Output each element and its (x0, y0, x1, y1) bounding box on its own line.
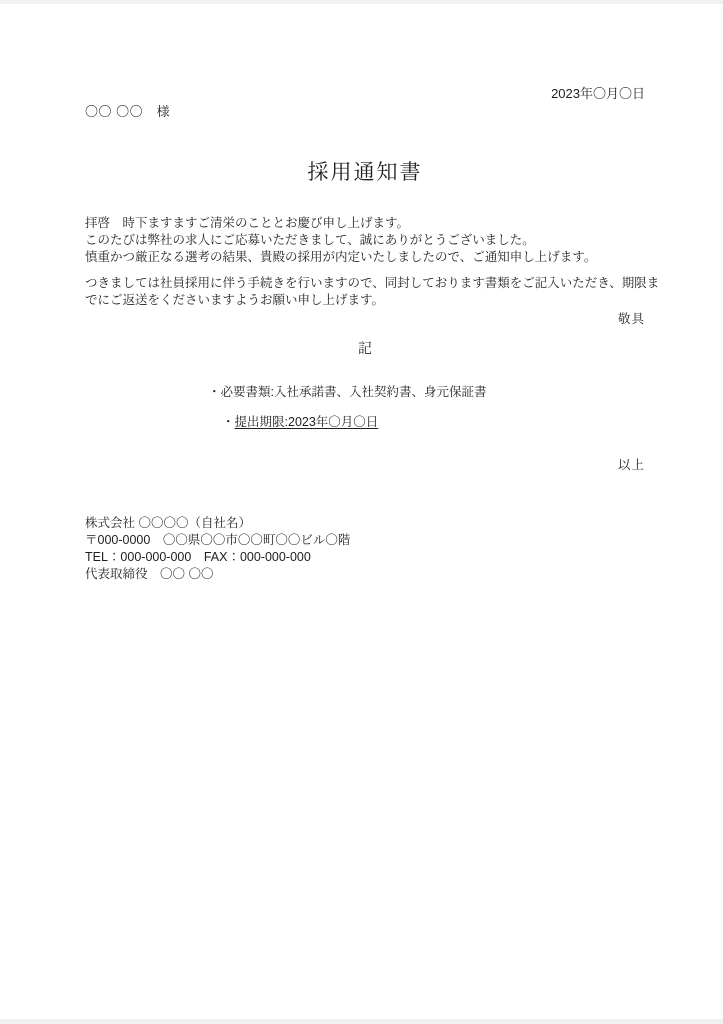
closing-word: 敬具 (85, 311, 645, 328)
submission-deadline-item: ・提出期限:2023年〇月〇日 (85, 414, 645, 431)
document-title: 採用通知書 (85, 160, 645, 186)
company-address: 〒000-0000 〇〇県〇〇市〇〇町〇〇ビル〇階 (85, 532, 645, 549)
notice-items: ・必要書類:入社承諾書、入社契約書、身元保証書 ・提出期限:2023年〇月〇日 (85, 384, 645, 431)
bullet-dot: ・ (222, 415, 235, 429)
company-name: 株式会社 〇〇〇〇（自社名） (85, 515, 645, 532)
document-date: 2023年〇月〇日 (85, 86, 645, 101)
body-line-2: でにご返送をくださいますようお願い申し上げます。 (85, 292, 645, 309)
letter-content: 2023年〇月〇日 〇〇 〇〇 様 採用通知書 拝啓 時下ますますご清栄のことと… (85, 0, 645, 583)
recipient-name: 〇〇 〇〇 様 (85, 104, 645, 120)
company-representative: 代表取締役 〇〇 〇〇 (85, 566, 645, 583)
page-bottom-edge (0, 1019, 723, 1024)
company-tel-fax: TEL：000-000-000 FAX：000-000-000 (85, 549, 645, 566)
required-documents-item: ・必要書類:入社承諾書、入社契約書、身元保証書 (85, 384, 645, 401)
submission-deadline-text: 提出期限:2023年〇月〇日 (235, 415, 379, 429)
end-marker: 以上 (85, 457, 645, 474)
greeting-line-2: このたびは弊社の求人にご応募いただきまして、誠にありがとうございました。 (85, 232, 645, 249)
notice-section-header: 記 (85, 338, 645, 358)
body-paragraph: つきましては社員採用に伴う手続きを行いますので、同封しております書類をご記入いた… (85, 275, 645, 309)
required-documents-text: 必要書類:入社承諾書、入社契約書、身元保証書 (221, 385, 487, 399)
document-page: 2023年〇月〇日 〇〇 〇〇 様 採用通知書 拝啓 時下ますますご清栄のことと… (0, 0, 723, 1024)
greeting-paragraph: 拝啓 時下ますますご清栄のこととお慶び申し上げます。 このたびは弊社の求人にご応… (85, 215, 645, 266)
bullet-dot: ・ (208, 385, 221, 399)
body-line-1: つきましては社員採用に伴う手続きを行いますので、同封しております書類をご記入いた… (85, 275, 645, 292)
greeting-line-1: 拝啓 時下ますますご清栄のこととお慶び申し上げます。 (85, 215, 645, 232)
greeting-line-3: 慎重かつ厳正なる選考の結果、貴殿の採用が内定いたしましたので、ご通知申し上げます… (85, 249, 645, 266)
sender-block: 株式会社 〇〇〇〇（自社名） 〒000-0000 〇〇県〇〇市〇〇町〇〇ビル〇階… (85, 515, 645, 583)
